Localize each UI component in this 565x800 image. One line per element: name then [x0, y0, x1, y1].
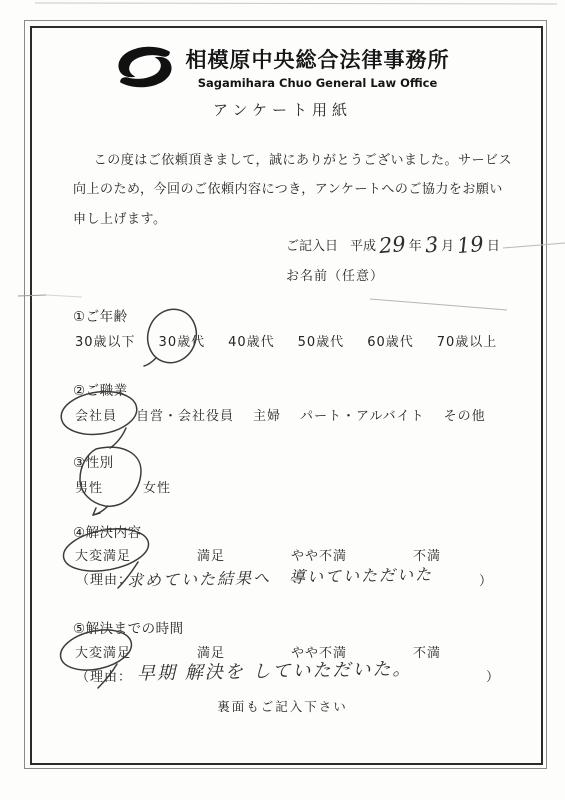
question-4-reason-label: （理由：: [76, 569, 132, 588]
question-1-options-row: 30歳以下 30歳代 40歳代 50歳代 60歳代 70歳以上: [75, 331, 497, 350]
office-name-japanese: 相模原中央総合法律事務所: [186, 44, 450, 74]
option-age-under30: 30歳以下: [75, 331, 136, 350]
option-gender-male: 男性: [75, 477, 103, 496]
date-entry-line: ご記入日 平成 29 年 3 月 19 日: [286, 233, 500, 257]
scan-crease-top: [35, 3, 557, 4]
question-4-resolution-label: ④解決内容: [73, 521, 142, 541]
question-4-options-row: 大変満足 満足 やや不満 不満: [75, 545, 441, 564]
question-3-options-row: 男性 女性: [75, 477, 171, 496]
day-unit: 日: [487, 235, 500, 254]
question-5-handwritten-reason: 早期 解決を していただいた。: [137, 661, 413, 684]
date-label: ご記入日: [286, 235, 338, 254]
office-name-block: 相模原中央総合法律事務所 Sagamihara Chuo General Law…: [186, 44, 450, 90]
question-1-text: ご年齢: [86, 309, 128, 325]
law-office-s-swirl-logo-icon: [116, 45, 174, 89]
question-3-text: 性別: [86, 455, 114, 471]
handwritten-year: 29: [378, 234, 406, 257]
form-title: アンケート用紙: [0, 99, 565, 120]
question-3-gender-label: ③性別: [73, 451, 114, 471]
option-age-over70: 70歳以上: [437, 331, 498, 350]
question-5-number: ⑤: [73, 621, 86, 637]
option-occ-parttime: パート・アルバイト: [300, 405, 425, 424]
handwritten-day: 19: [456, 234, 484, 257]
letterhead: 相模原中央総合法律事務所 Sagamihara Chuo General Law…: [0, 44, 565, 90]
question-2-text: ご職業: [86, 383, 128, 399]
question-4-reason-close-paren: ）: [479, 570, 492, 589]
option-occ-company-employee: 会社員: [75, 405, 117, 424]
option-q4-very-satisfied: 大変満足: [75, 545, 131, 564]
question-5-reason-label: （理由：: [76, 666, 132, 685]
option-q5-satisfied: 満足: [197, 642, 225, 661]
question-2-occupation-label: ②ご職業: [73, 379, 128, 399]
option-occ-housewife: 主婦: [253, 405, 281, 424]
question-1-number: ①: [73, 309, 86, 325]
question-5-text: 解決までの時間: [86, 621, 184, 637]
question-5-reason-close-paren: ）: [486, 666, 499, 685]
handwritten-month: 3: [424, 234, 439, 256]
option-q4-satisfied: 満足: [197, 545, 225, 564]
option-gender-female: 女性: [143, 477, 171, 496]
year-unit: 年: [409, 235, 422, 254]
option-occ-other: その他: [444, 405, 486, 424]
option-q5-dissatisfied: 不満: [413, 642, 441, 661]
question-5-time-label: ⑤解決までの時間: [73, 617, 184, 637]
entry-info-block: ご記入日 平成 29 年 3 月 19 日 お名前（任意）: [286, 233, 500, 284]
era-label: 平成: [350, 235, 376, 254]
option-age-40s: 40歳代: [228, 331, 275, 350]
option-age-30s: 30歳代: [159, 331, 206, 350]
question-4-text: 解決内容: [86, 525, 142, 541]
footer-note: 裏面もご記入下さい: [0, 697, 565, 715]
office-name-english: Sagamihara Chuo General Law Office: [186, 76, 450, 90]
intro-paragraph: この度はご依頼頂きまして，誠にありがとうございました。サービス向上のため，今回の…: [73, 146, 515, 234]
name-label: お名前（任意）: [286, 265, 500, 284]
question-2-number: ②: [73, 383, 86, 399]
scanned-survey-page: 相模原中央総合法律事務所 Sagamihara Chuo General Law…: [0, 0, 565, 800]
option-q4-dissatisfied: 不満: [413, 545, 441, 564]
option-occ-self-employed: 自営・会社役員: [136, 405, 234, 424]
option-q5-somewhat-dissatisfied: やや不満: [291, 642, 347, 661]
question-3-number: ③: [73, 455, 86, 471]
month-unit: 月: [441, 235, 454, 254]
option-age-50s: 50歳代: [298, 331, 345, 350]
option-q4-somewhat-dissatisfied: やや不満: [291, 545, 347, 564]
question-2-options-row: 会社員 自営・会社役員 主婦 パート・アルバイト その他: [75, 405, 486, 424]
option-q5-very-satisfied: 大変満足: [75, 642, 131, 661]
option-age-60s: 60歳代: [367, 331, 414, 350]
question-1-age-label: ①ご年齢: [73, 305, 128, 325]
question-4-number: ④: [73, 525, 86, 541]
